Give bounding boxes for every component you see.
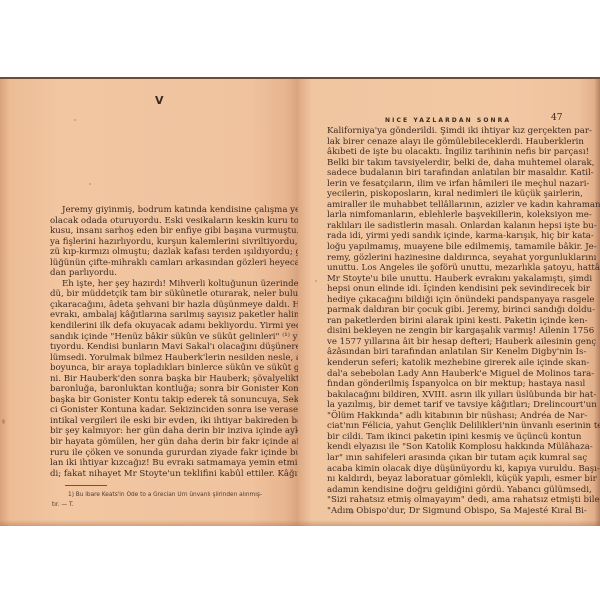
text-line: rada idi, yirmi yedi sandık içinde, karm… [327, 231, 562, 242]
text-line: zü kıp-kırmızı olmuştu; dazlak kafası te… [50, 247, 285, 258]
text-line: disini bekleyen ne zengin bir kargaşalık… [327, 326, 562, 337]
text-line: bakılacağını bildiren, XVIII. asrın ilk … [327, 390, 562, 401]
footnote-line: tır. — T. [52, 500, 285, 510]
paper-spot [315, 280, 317, 282]
footnote-divider [65, 485, 107, 486]
text-line: parmak daldıran bir çocuk gibi. Jeremy, … [327, 305, 562, 316]
text-line: yecilerin, piskoposların, kıral nedimler… [327, 189, 562, 200]
text-line: ci Gonister Kontuna kadar. Sekizinciden … [50, 405, 285, 416]
text-line: lak birer cenaze alayı ile gömülebilecek… [327, 137, 562, 148]
text-line: loğu yapılmamış, muayene bile edilmemiş,… [327, 242, 562, 253]
text-line: larla nimfomanların, eblehlerle başvekil… [327, 210, 562, 221]
text-line: di; fakat nihayet Mr Stoyte'un teklifini… [50, 469, 285, 480]
text-line: dan parlıyordu. [50, 268, 285, 279]
text-line: hepsi onun elinde idi. İçinden kendisini… [327, 284, 562, 295]
text-line: Belki bir takım tavsiyelerdir, belki de,… [327, 158, 562, 169]
text-line: lar" ının sahifeleri arasında çıkan bir … [327, 453, 562, 464]
text-line: remy, gözlerini hazinesine daldırınca, s… [327, 253, 562, 264]
left-page: V Jeremy giyinmiş, bodrum katında kendis… [0, 77, 298, 526]
text-line: ni. Bir Hauberk'den sonra başka bir Haub… [50, 374, 285, 385]
open-book: V Jeremy giyinmiş, bodrum katında kendis… [0, 77, 600, 524]
text-line: ran paketlerden birini alarak ipini kest… [327, 316, 562, 327]
text-line: "Ölüm Hakkında" adlı kitabının bir nüsha… [327, 411, 562, 422]
text-line: hediye çıkacağını bildiği için önündeki … [327, 295, 562, 306]
text-line: âkıbeti de işte bu olacaktı. İngiliz tar… [327, 147, 562, 158]
text-line: dü, bir müddetçik tam bir sükûnetle otur… [50, 289, 285, 300]
text-line: olacak odada oturuyordu. Eski vesikaları… [50, 216, 285, 227]
paper-spot [74, 119, 76, 121]
running-head: NICE YAZLARDAN SONRA [385, 117, 511, 124]
text-line: fından gönderilmiş İspanyolca on bir mek… [327, 379, 562, 390]
right-page-body: Kaliforniya'ya gönderildi. Şimdi iki iht… [327, 126, 562, 516]
page-bottom-edge [0, 520, 298, 526]
footnote-line: 1) Bu ibare Keats'in Ode to a Grecian Ur… [52, 490, 285, 500]
footnote: 1) Bu ibare Keats'in Ode to a Grecian Ur… [52, 490, 285, 510]
right-page: NICE YAZLARDAN SONRA 47 Kaliforniya'ya g… [298, 77, 600, 526]
text-line: nı kaldırdı, beyaz laboratuar gömlekli, … [327, 474, 562, 485]
text-line: çıkaracağını, âdeta şehvani bir hazla dü… [50, 300, 285, 311]
text-line: âzâsından biri tarafından anlatılan Sir … [327, 347, 562, 358]
text-line: kendilerini ilk defa okuyacak adamı bekl… [50, 321, 285, 332]
text-line: intikal vergileri ile eski bir evden, ik… [50, 416, 285, 427]
text-line: amiraller ile muhabbet tellâllarının, az… [327, 200, 562, 211]
text-line: la yazılmış, bir demet tarif ve tavsiye … [327, 400, 562, 411]
text-line: "Sizi rahatsız etmiş olmayayım" dedi, am… [327, 495, 562, 506]
text-line: Eh işte, her şey hazırdı! Mihverli koltu… [50, 279, 285, 290]
text-line: Mr Stoyte'u bile unuttu. Hauberk evrakın… [327, 274, 562, 285]
chapter-number: V [155, 94, 164, 107]
paper-spot [89, 183, 91, 185]
text-line: lüğünün çifte-mihraklı camları arkasında… [50, 258, 285, 269]
text-line: Jeremy giyinmiş, bodrum katında kendisin… [50, 205, 285, 216]
text-line: ruru ile çöken ve sonunda gururdan ziyad… [50, 448, 285, 459]
text-line: kenderun seferi; katolik mezhebine girer… [327, 358, 562, 369]
text-line: lan iki ihtiyar kızcağız! Bu evrakı satm… [50, 458, 285, 469]
text-line: kusu, insanı sarhoş eden bir enfiye gibi… [50, 226, 285, 237]
text-line: boyunca, bir araya topladıkları binlerce… [50, 363, 285, 374]
paper-spot [2, 419, 5, 424]
text-line: ve 1577 yıllarına âit bir hesap defteri;… [327, 337, 562, 348]
page-number: 47 [551, 113, 562, 123]
text-line: dal'a sebebolan Lady Ann Hauberk'e Migue… [327, 369, 562, 380]
left-page-body: Jeremy giyinmiş, bodrum katında kendisin… [50, 205, 285, 479]
paper-spot [350, 510, 354, 514]
text-line: sandık içinde "Henüz bâkir sükûn ve sükû… [50, 332, 285, 343]
text-line: bir şey kalmıyor: her gün daha derin bir… [50, 426, 285, 437]
text-line: ciat'nın Félicia, yahut Gençlik Delilikl… [327, 421, 562, 432]
text-line: bir hayata gömülen, her gün daha derin b… [50, 437, 285, 448]
text-line: lerin ve fesatçıların, ilim ve irfan hâm… [327, 179, 562, 190]
text-line: unuttu. Los Angeles ile şoförü unuttu, m… [327, 263, 562, 274]
text-line: evrakı, ambalaj kâğıtlarına sarılmış say… [50, 310, 285, 321]
text-line: kendi elyazısı ile "Son Katolik Komplosu… [327, 442, 562, 453]
text-line: adamın kendisine doğru geldiğini gördü. … [327, 485, 562, 496]
text-line: ya fişlerini hazırlıyordu, kurşun kaleml… [50, 237, 285, 248]
text-line: acaba kimin olacak diye düşünüyordu ki, … [327, 464, 562, 475]
text-line: Kaliforniya'ya gönderildi. Şimdi iki iht… [327, 126, 562, 137]
page-bottom-edge [298, 520, 600, 526]
text-line: "Adım Obispo'dur, Dr Sigmund Obispo, Sa … [327, 506, 562, 517]
text-line: sadece budalanın biri tarafından anlatıl… [327, 168, 562, 179]
text-line: bir cildi. Tam ikinci paketin ipini kesm… [327, 432, 562, 443]
text-line: tıyordu. Kendisi bunların Mavi Sakal'ı o… [50, 342, 285, 353]
text-line: raklıları ile sadistlerin masalı. Onlard… [327, 221, 562, 232]
text-line: başka bir Gonister Kontu takip ederek tâ… [50, 395, 285, 406]
text-line: baronluğa, baronluktan kontluğa; sonra b… [50, 384, 285, 395]
text-line: lümsedi. Yorulmak bilmez Hauberk'lerin n… [50, 353, 285, 364]
